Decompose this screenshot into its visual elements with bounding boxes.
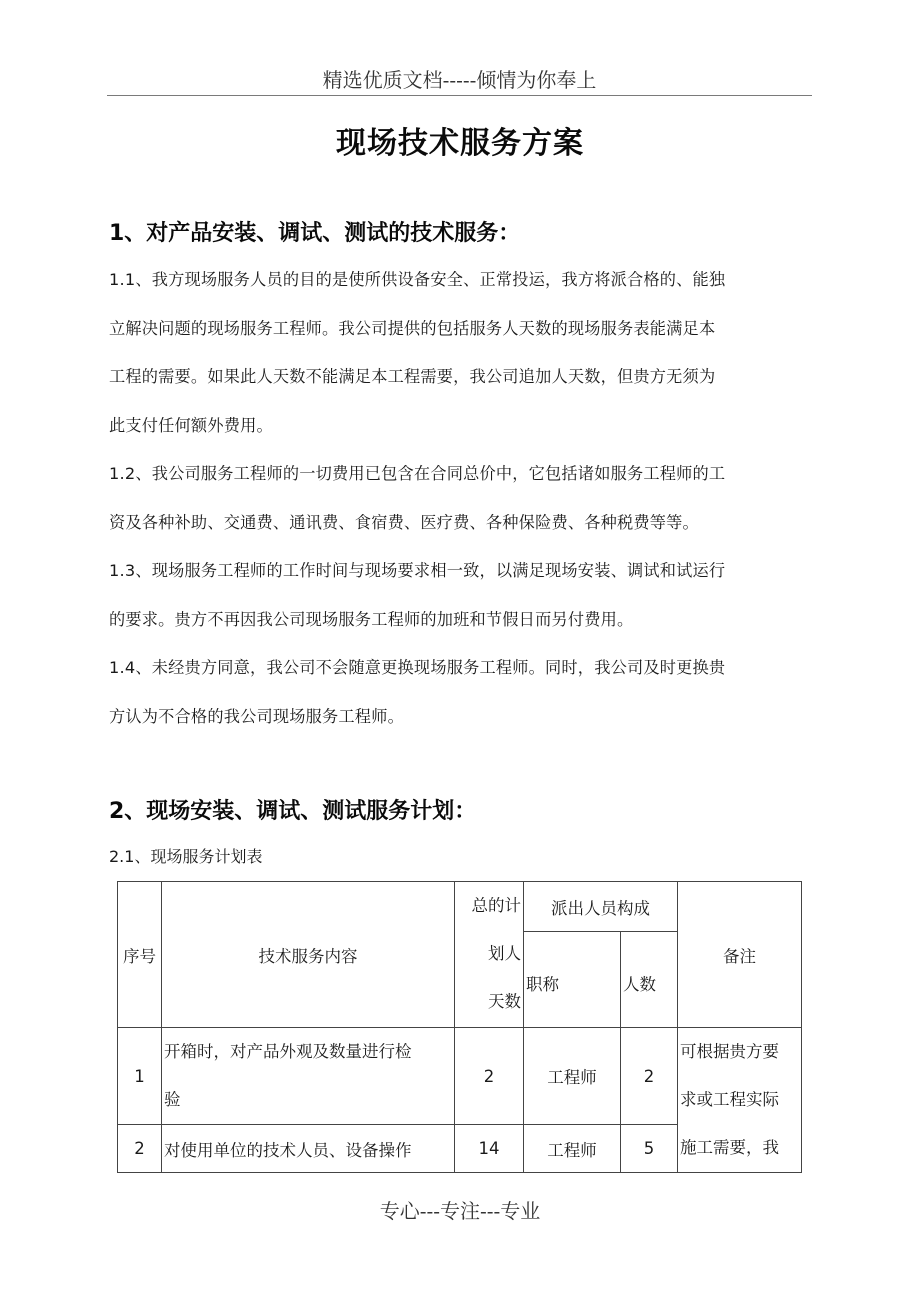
section-2-heading: 2、现场安装、调试、测试服务计划： (109, 794, 476, 825)
header-content: 技术服务内容 (162, 882, 455, 1028)
header-planned-days-line: 划人 (457, 930, 521, 978)
paragraph-line: 1.1、我方现场服务人员的目的是使所供设备安全、正常投运，我方将派合格的、能独 (109, 256, 809, 305)
paragraph-line: 1.2、我公司服务工程师的一切费用已包含在合同总价中，它包括诸如服务工程师的工 (109, 450, 809, 499)
paragraph-line: 1.3、现场服务工程师的工作时间与现场要求相一致，以满足现场安装、调试和试运行 (109, 547, 809, 596)
cell-planned-days: 14 (455, 1125, 524, 1173)
paragraph-1-2: 1.2、我公司服务工程师的一切费用已包含在合同总价中，它包括诸如服务工程师的工 … (109, 450, 809, 547)
header-seq: 序号 (118, 882, 162, 1028)
cell-planned-days: 2 (455, 1028, 524, 1125)
cell-count: 2 (621, 1028, 678, 1125)
table-row: 1 开箱时，对产品外观及数量进行检 验 2 工程师 2 可根据贵方要 求或工程实… (118, 1028, 802, 1125)
cell-title: 工程师 (524, 1125, 621, 1173)
cell-seq: 2 (118, 1125, 162, 1173)
paragraph-line: 方认为不合格的我公司现场服务工程师。 (109, 693, 809, 742)
table-header-row: 序号 技术服务内容 总的计 划人 天数 派出人员构成 备注 (118, 882, 802, 932)
cell-remarks: 可根据贵方要 求或工程实际 施工需要，我 (678, 1028, 802, 1173)
paragraph-line: 资及各种补助、交通费、通讯费、食宿费、医疗费、各种保险费、各种税费等等。 (109, 499, 809, 548)
header-title: 职称 (524, 932, 621, 1028)
cell-content: 对使用单位的技术人员、设备操作 (162, 1125, 455, 1173)
header-planned-days: 总的计 划人 天数 (455, 882, 524, 1028)
header-staff-group: 派出人员构成 (524, 882, 678, 932)
header-remarks: 备注 (678, 882, 802, 1028)
cell-remarks-line: 求或工程实际 (680, 1076, 799, 1124)
paragraph-line: 1.4、未经贵方同意，我公司不会随意更换现场服务工程师。同时，我公司及时更换贵 (109, 644, 809, 693)
paragraph-line: 立解决问题的现场服务工程师。我公司提供的包括服务人天数的现场服务表能满足本 (109, 305, 809, 354)
cell-content-line: 验 (164, 1076, 452, 1124)
cell-content: 开箱时，对产品外观及数量进行检 验 (162, 1028, 455, 1125)
paragraph-line: 工程的需要。如果此人天数不能满足本工程需要，我公司追加人天数，但贵方无须为 (109, 353, 809, 402)
header-planned-days-line: 天数 (457, 978, 521, 1026)
cell-title: 工程师 (524, 1028, 621, 1125)
cell-remarks-line: 施工需要，我 (680, 1124, 799, 1172)
section-1-heading: 1、对产品安装、调试、测试的技术服务： (109, 216, 520, 247)
paragraph-1-1: 1.1、我方现场服务人员的目的是使所供设备安全、正常投运，我方将派合格的、能独 … (109, 256, 809, 450)
table-caption: 2.1、现场服务计划表 (109, 844, 262, 867)
cell-remarks-line: 可根据贵方要 (680, 1028, 799, 1076)
header-planned-days-line: 总的计 (457, 882, 521, 930)
paragraph-line: 的要求。贵方不再因我公司现场服务工程师的加班和节假日而另付费用。 (109, 596, 809, 645)
header-count: 人数 (621, 932, 678, 1028)
paragraph-line: 此支付任何额外费用。 (109, 402, 809, 451)
document-title: 现场技术服务方案 (0, 118, 920, 162)
cell-count: 5 (621, 1125, 678, 1173)
paragraph-1-3: 1.3、现场服务工程师的工作时间与现场要求相一致，以满足现场安装、调试和试运行 … (109, 547, 809, 644)
paragraph-1-4: 1.4、未经贵方同意，我公司不会随意更换现场服务工程师。同时，我公司及时更换贵 … (109, 644, 809, 741)
page-header: 精选优质文档-----倾情为你奉上 (107, 64, 812, 93)
page-footer: 专心---专注---专业 (0, 1195, 920, 1224)
cell-content-line: 开箱时，对产品外观及数量进行检 (164, 1028, 452, 1076)
service-plan-table: 序号 技术服务内容 总的计 划人 天数 派出人员构成 备注 职称 人数 1 开箱… (117, 881, 802, 1173)
header-divider (107, 95, 812, 96)
cell-seq: 1 (118, 1028, 162, 1125)
